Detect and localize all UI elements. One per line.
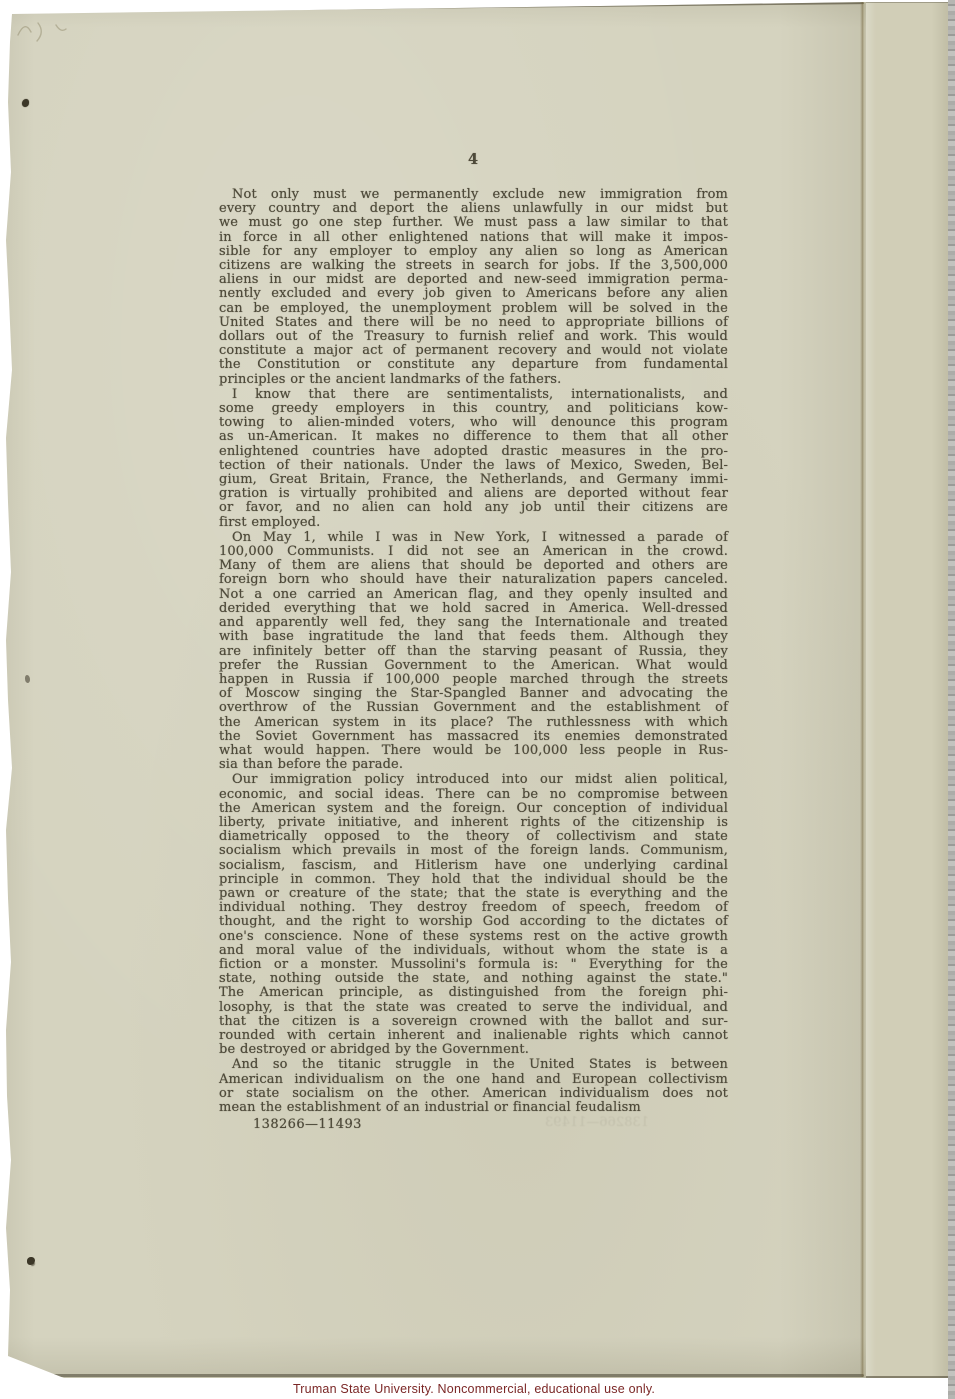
print-serial-number: 138266—11493 bbox=[253, 1117, 362, 1132]
text-line: one's conscience. None of these systems … bbox=[219, 930, 728, 944]
text-block: Not only must we permanently exclude new… bbox=[219, 188, 728, 1115]
text-line: be destroyed or abridged by the Governme… bbox=[219, 1043, 728, 1057]
text-line: sible for any employer to employ any ali… bbox=[219, 245, 728, 259]
text-line: towing to alien-minded voters, who will … bbox=[219, 416, 728, 430]
text-line: in force in all other enlightened nation… bbox=[219, 231, 728, 245]
text-line: with base ingratitude the land that feed… bbox=[219, 630, 728, 644]
text-line: dollars out of the Treasury to furnish r… bbox=[219, 330, 728, 344]
ink-speck bbox=[27, 1257, 35, 1265]
text-line: On May 1, while I was in New York, I wit… bbox=[219, 531, 728, 545]
text-line: what would happen. There would be 100,00… bbox=[219, 744, 728, 758]
ink-speck bbox=[22, 99, 29, 107]
text-line: liberty, private initiative, and inheren… bbox=[219, 816, 728, 830]
text-line: pawn or creature of the state; that the … bbox=[219, 887, 728, 901]
text-line: the American system and the foreign. Our… bbox=[219, 802, 728, 816]
text-line: fiction or a monster. Mussolini's formul… bbox=[219, 958, 728, 972]
text-line: Many of them are aliens that should be d… bbox=[219, 559, 728, 573]
text-line: United States and there will be no need … bbox=[219, 316, 728, 330]
page-number: 4 bbox=[219, 151, 728, 168]
text-line: of Moscow singing the Star-Spangled Bann… bbox=[219, 687, 728, 701]
text-line: or favor, and no alien can hold any job … bbox=[219, 501, 728, 515]
text-line: principle in common. They hold that the … bbox=[219, 873, 728, 887]
text-line: the American system in its place? The ru… bbox=[219, 716, 728, 730]
text-line: The American principle, as distinguished… bbox=[219, 986, 728, 1000]
text-line: mean the establishment of an industrial … bbox=[219, 1101, 728, 1115]
text-line: socialism which prevails in most of the … bbox=[219, 844, 728, 858]
page-bottom-edge-shadow bbox=[18, 1374, 864, 1377]
text-line: sia than before the parade. bbox=[219, 758, 728, 772]
page-top-edge-shadow bbox=[10, 2, 864, 13]
text-line: losophy, is that the state was created t… bbox=[219, 1001, 728, 1015]
text-line: that the citizen is a sovereign crowned … bbox=[219, 1015, 728, 1029]
text-line: derided everything that we hold sacred i… bbox=[219, 602, 728, 616]
text-line: are infinitely better off than the starv… bbox=[219, 645, 728, 659]
text-line: prefer the Russian Government to the Ame… bbox=[219, 659, 728, 673]
text-line: we must go one step further. We must pas… bbox=[219, 216, 728, 230]
paragraph: Not only must we permanently exclude new… bbox=[219, 188, 728, 387]
text-line: constitute a major act of permanent reco… bbox=[219, 344, 728, 358]
text-line: foreign born who should have their natur… bbox=[219, 573, 728, 587]
text-line: as un-American. It makes no difference t… bbox=[219, 430, 728, 444]
text-line: gration is virtually prohibited and alie… bbox=[219, 487, 728, 501]
text-line: gium, Great Britain, France, the Netherl… bbox=[219, 473, 728, 487]
text-line: American individualism on the one hand a… bbox=[219, 1073, 728, 1087]
text-line: state, nothing outside the state, and no… bbox=[219, 972, 728, 986]
text-line: socialism, fascism, and Hitlerism have o… bbox=[219, 859, 728, 873]
text-line: overthrow of the Russian Government and … bbox=[219, 701, 728, 715]
text-line: the Constitution or constitute any depar… bbox=[219, 358, 728, 372]
stray-mark bbox=[25, 675, 30, 683]
text-line: or state socialism on the other. America… bbox=[219, 1087, 728, 1101]
adjacent-page-strip bbox=[866, 2, 948, 1378]
text-line: rounded with certain inherent and inalie… bbox=[219, 1029, 728, 1043]
document-page: 4 Not only must we permanently exclude n… bbox=[0, 0, 866, 1378]
paragraph: Our immigration policy introduced into o… bbox=[219, 773, 728, 1057]
text-line: and moral value of the individuals, with… bbox=[219, 944, 728, 958]
text-line: principles or the ancient landmarks of t… bbox=[219, 373, 728, 387]
text-line: enlightened countries have adopted drast… bbox=[219, 445, 728, 459]
credit-line: Truman State University. Noncommercial, … bbox=[0, 1382, 948, 1396]
text-line: Our immigration policy introduced into o… bbox=[219, 773, 728, 787]
text-line: every country and deport the aliens unla… bbox=[219, 202, 728, 216]
text-line: citizens are walking the streets in sear… bbox=[219, 259, 728, 273]
text-line: happen in Russia if 100,000 people march… bbox=[219, 673, 728, 687]
scanned-document: 4 Not only must we permanently exclude n… bbox=[0, 0, 955, 1399]
text-line: economic, and social ideas. There can be… bbox=[219, 788, 728, 802]
text-line: aliens in our midst are deported and new… bbox=[219, 273, 728, 287]
text-line: I know that there are sentimentalists, i… bbox=[219, 388, 728, 402]
text-line: individual nothing. They destroy freedom… bbox=[219, 901, 728, 915]
text-line: Not only must we permanently exclude new… bbox=[219, 188, 728, 202]
text-line: some greedy employers in this country, a… bbox=[219, 402, 728, 416]
text-line: first employed. bbox=[219, 516, 728, 530]
pencil-mark bbox=[12, 13, 82, 47]
text-line: can be employed, the unemployment proble… bbox=[219, 302, 728, 316]
text-line: thought, and the right to worship God ac… bbox=[219, 915, 728, 929]
paragraph: On May 1, while I was in New York, I wit… bbox=[219, 531, 728, 772]
text-line: and apparently well fed, they sang the I… bbox=[219, 616, 728, 630]
text-line: 100,000 Communists. I did not see an Ame… bbox=[219, 545, 728, 559]
paragraph: And so the titanic struggle in the Unite… bbox=[219, 1058, 728, 1115]
paragraph: I know that there are sentimentalists, i… bbox=[219, 388, 728, 530]
text-line: Not a one carried an American flag, and … bbox=[219, 588, 728, 602]
text-line: tection of their nationals. Under the la… bbox=[219, 459, 728, 473]
text-line: the Soviet Government has massacred its … bbox=[219, 730, 728, 744]
bleed-through-ghost-text: 138266—11493 bbox=[545, 1115, 649, 1130]
text-line: nently excluded and every job given to A… bbox=[219, 287, 728, 301]
text-line: And so the titanic struggle in the Unite… bbox=[219, 1058, 728, 1072]
text-line: diametrically opposed to the theory of c… bbox=[219, 830, 728, 844]
scan-edge-strip bbox=[948, 0, 955, 1399]
